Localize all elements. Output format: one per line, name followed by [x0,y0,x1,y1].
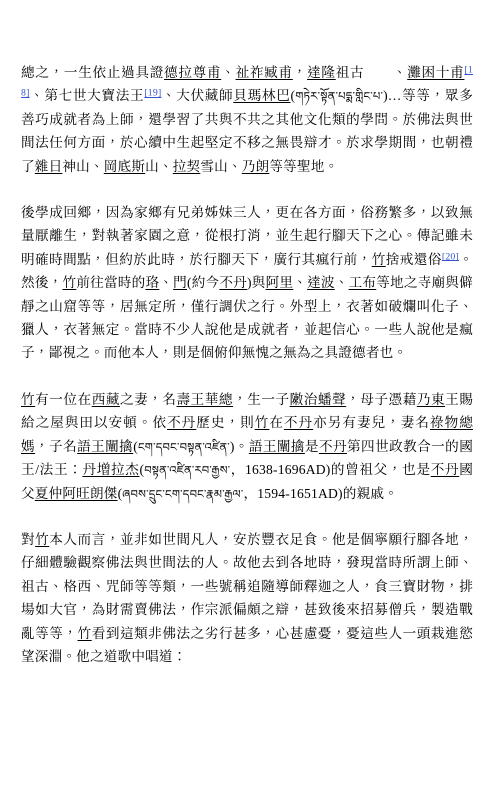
wiki-link[interactable]: 竹 [35,532,49,547]
wiki-link[interactable]: 不丹 [219,275,247,290]
wiki-link[interactable]: 竹 [62,275,76,290]
text-run: 、第七世大寶法王 [30,88,145,103]
text-run: 、 [159,275,173,290]
tibetan-text: ངག་དབང་བསྟན་འཛིན་ [138,442,230,454]
wiki-link[interactable]: 拉契 [173,159,201,174]
text-run: ，母子憑藉 [346,392,417,407]
text-run: ，1594-1651AD)的親戚。 [243,486,397,501]
text-run: 在 [269,415,284,430]
wiki-link[interactable]: 門 [173,275,187,290]
paragraph-1: 總之，一生依止過具證德拉尊甫、祉祚臧甫，達隆祖古 、灘困十甫[18]、第七世大寶… [21,61,473,178]
text-run: ，子名 [35,439,77,454]
wiki-link[interactable]: 灘困十甫 [407,65,464,80]
wiki-link[interactable]: 竹 [78,626,92,641]
wiki-link[interactable]: 雜日 [35,159,63,174]
wiki-link[interactable]: 乃朗 [242,159,270,174]
paragraph-3: 竹有一位在西藏之妻，名壽王華總，生一子敶治蟠聲，母子憑藉乃東王賜給之屋與田以安頓… [21,388,473,505]
wiki-link[interactable]: 不丹 [319,439,347,454]
wiki-link[interactable]: 語王闡擒 [249,439,305,454]
wiki-link[interactable]: 阿里 [266,275,294,290]
text-run: ，生一子 [233,392,290,407]
text-run: 之妻，名 [120,392,177,407]
tibetan-text: བསྟན་འཛིན་རབ་རྒྱས་ [144,465,230,477]
wiki-link[interactable]: 語王闡擒 [77,439,133,454]
text-run: )與 [247,275,266,290]
wiki-link[interactable]: 竹 [21,392,35,407]
article-body: 總之，一生依止過具證德拉尊甫、祉祚臧甫，達隆祖古 、灘困十甫[18]、第七世大寶… [21,61,473,691]
wiki-link[interactable]: 壽王華總 [177,392,234,407]
wiki-link[interactable]: 岡底斯 [104,159,145,174]
wiki-link[interactable]: 不丹 [284,415,313,430]
wiki-link[interactable]: 珞 [145,275,159,290]
reference-marker[interactable]: [20] [442,251,459,262]
text-run: 等等聖地。 [269,159,338,174]
text-run: 是 [305,439,319,454]
text-run: 祖古 、 [336,65,408,80]
paragraph-2: 後學成回鄉，因為家鄉有兄弟姊妹三人，更在各方面，俗務繁多，以致無量厭離生，對執著… [21,201,473,365]
wiki-link[interactable]: 工布 [349,275,377,290]
text-run: 前往當時的 [76,275,145,290]
tibetan-text: ཞབས་དྲུང་ངག་དབང་རྣམ་རྒྱལ་ [122,489,243,501]
document-page: { "page": { "background_color": "#ffffff… [0,0,493,789]
wiki-link[interactable]: 敶治蟠聲 [290,392,347,407]
paragraph-4: 對竹本人而言，並非如世間凡人，安於豐衣足食。他是個寧願行腳各地，仔細體驗觀察佛法… [21,528,473,668]
text-run: 、 [221,65,235,80]
text-run: 雪山、 [200,159,241,174]
wiki-link[interactable]: 貝瑪林巴 [233,88,290,103]
text-run: ， [293,65,307,80]
text-run: 神山、 [62,159,103,174]
text-run: 亦另有妻兒，妻名 [313,415,430,430]
text-run: 歷史，則 [196,415,254,430]
reference-marker[interactable]: [19] [144,88,161,99]
text-run: )。 [230,439,249,454]
text-run: 有一位在 [35,392,92,407]
wiki-link[interactable]: 夏仲阿旺朗傑 [35,486,118,501]
text-run: 捨戒還俗 [386,252,442,267]
text-run: 、 [293,275,307,290]
text-run: (約今 [187,275,219,290]
wiki-link[interactable]: 不丹 [431,462,460,477]
wiki-link[interactable]: 德拉尊甫 [164,65,221,80]
text-run: ，1638-1696AD)的曾祖父，也是 [230,462,430,477]
wiki-link[interactable]: 乃東 [417,392,445,407]
wiki-link[interactable]: 達波 [307,275,335,290]
wiki-link[interactable]: 竹 [372,252,386,267]
wiki-link[interactable]: 不丹 [167,415,196,430]
text-run: 總之，一生依止過具證 [21,65,164,80]
text-run: 山、 [145,159,173,174]
text-run: 本人而言，並非如世間凡人，安於豐衣足食。他是個寧願行腳各地，仔細體驗觀察佛法與世… [21,532,473,641]
wiki-link[interactable]: 達隆 [307,65,336,80]
tibetan-text: གཏེར་སྟོན་པདྨ་གླིང་པ་ [295,91,383,103]
text-run: 、 [335,275,349,290]
text-run: 對 [21,532,35,547]
wiki-link[interactable]: 丹增拉杰 [82,462,139,477]
text-run: 、大伏藏師 [161,88,233,103]
wiki-link[interactable]: 西藏 [92,392,120,407]
wiki-link[interactable]: 祉祚臧甫 [236,65,293,80]
wiki-link[interactable]: 竹 [255,415,270,430]
